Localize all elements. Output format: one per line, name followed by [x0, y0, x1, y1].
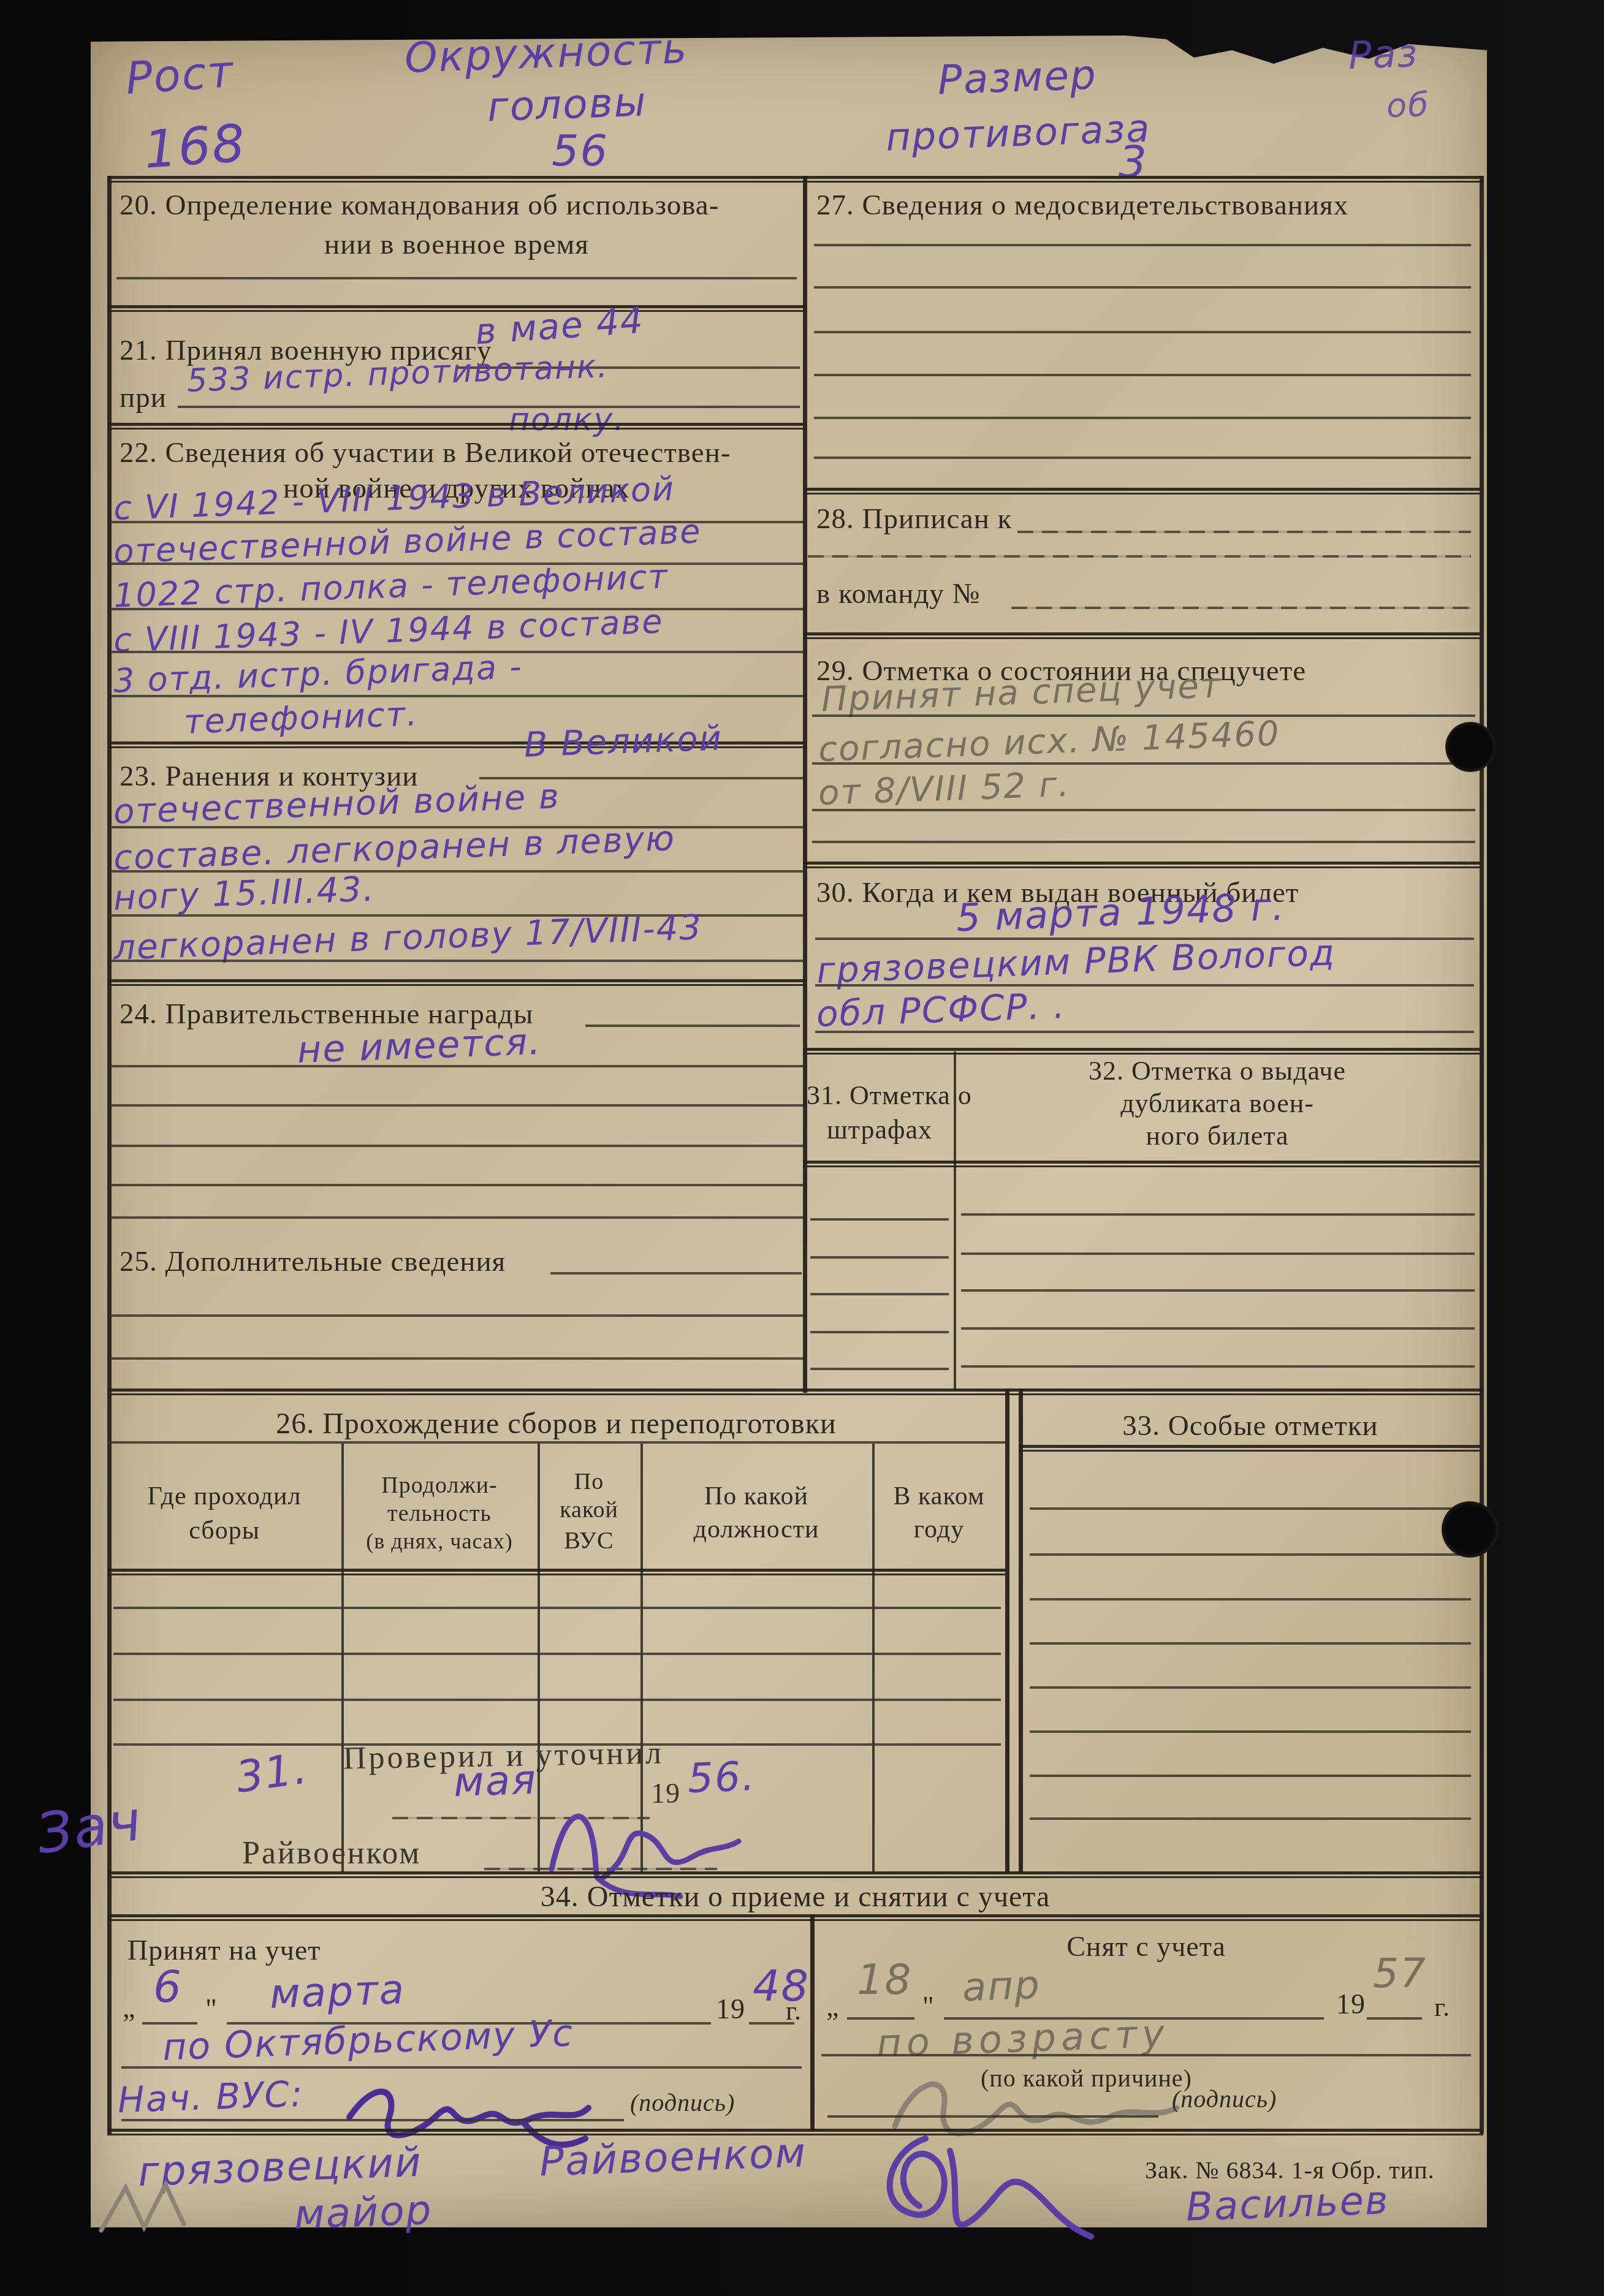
s34-right-quote-open: „ — [826, 1990, 839, 2023]
table26-col1-header-line2: сборы — [110, 1516, 338, 1545]
section25-rule2 — [110, 1357, 803, 1360]
s34-left-rule3 — [121, 2119, 624, 2121]
section20-rule — [116, 277, 797, 279]
table26-top-border — [107, 1389, 1483, 1395]
s34-left-vus-handwriting: Нач. ВУС: — [117, 2073, 305, 2121]
section24-rule3 — [110, 1145, 803, 1147]
section28-divider — [803, 632, 1480, 639]
section25-rule1 — [110, 1314, 803, 1317]
scanned-military-card-page: Рост 168 Окружность головы 56 Размер про… — [0, 0, 1604, 2296]
s3132-row2-left — [810, 1256, 949, 1259]
section29-rule4 — [812, 841, 1475, 843]
head-circumference-label-1: Окружность — [404, 25, 689, 83]
column-divider — [803, 176, 807, 1393]
section21-unit2-handwriting: полку. — [509, 401, 625, 438]
s34-right-year-rule — [1367, 2017, 1422, 2020]
section27-rule4 — [814, 374, 1471, 376]
section24-rule2 — [110, 1104, 803, 1107]
s34-left-year-prefix: 19 — [716, 1993, 745, 2025]
s34-right-day-handwriting: 18 — [857, 1956, 913, 2004]
s34-right-podpis-label: (подпись) — [1172, 2085, 1277, 2113]
section34-banner-top — [107, 1871, 1483, 1878]
section32-title-line1: 32. Отметка о выдаче — [960, 1055, 1475, 1086]
table26-col2-header-line2: тельность — [343, 1500, 536, 1527]
head-circumference-label-2: головы — [487, 78, 648, 131]
section24-rule1 — [110, 1065, 803, 1067]
form-top-border — [107, 176, 1483, 183]
section24-rule5 — [110, 1216, 803, 1219]
s34-right-year-suffix: г. — [1434, 1991, 1450, 2023]
section21-divider — [107, 423, 805, 430]
section27-rule3 — [814, 331, 1471, 333]
table26-col4-header-line1: По какой — [642, 1482, 870, 1511]
section21-pre-label: при — [120, 381, 167, 414]
section30-hw-line3: обл РСФСР. . — [816, 985, 1066, 1035]
s34-right-year-prefix: 19 — [1336, 1988, 1366, 2020]
section27-rule5 — [814, 417, 1471, 419]
section27-divider — [803, 488, 1480, 494]
s34-right-quote-close: " — [922, 1990, 935, 2023]
table26-title: 26. Прохождение сборов и переподготовки — [107, 1407, 1005, 1441]
torn-edge-word-2: об — [1386, 85, 1430, 125]
table26-col3-header-line2: какой — [539, 1496, 639, 1523]
section32-title-line2: дубликата воен- — [960, 1088, 1475, 1119]
section33-title-underline — [1019, 1445, 1480, 1452]
table26-row-rule2 — [113, 1653, 1001, 1655]
table26-title-underline — [107, 1441, 1005, 1444]
bottom-rank-handwriting: майор — [294, 2186, 433, 2238]
s3132-row4-left — [810, 1331, 949, 1333]
section22-title-line1: 22. Сведения об участии в Великой отечес… — [120, 436, 731, 469]
section20-divider — [107, 305, 805, 312]
s3132-row3-left — [810, 1293, 949, 1295]
bottom-commissar-handwriting: Райвоенком — [539, 2129, 808, 2185]
s34-right-month-handwriting: апр — [962, 1963, 1041, 2010]
section27-title: 27. Сведения о медосвидетельствованиях — [816, 189, 1348, 222]
section31-title-line1: 31. Отметка о — [807, 1080, 952, 1111]
section24-rule4 — [110, 1184, 803, 1186]
hole-punch-bottom — [1442, 1501, 1498, 1558]
section21-rule2 — [178, 406, 800, 408]
section33-rule2 — [1030, 1553, 1471, 1556]
section22-rule5 — [110, 695, 803, 697]
section28-rule2 — [808, 555, 1471, 558]
s3132-row3-right — [961, 1289, 1475, 1292]
section28-rule1 — [1017, 531, 1471, 533]
section29-rule2 — [812, 762, 1475, 765]
section33-rule5 — [1030, 1686, 1471, 1689]
section28-label1: 28. Приписан к — [816, 502, 1012, 536]
s3132-row4-right — [961, 1327, 1475, 1330]
section27-rule1 — [814, 244, 1471, 246]
table26-col2-header-line3: (в днях, часах) — [343, 1528, 536, 1554]
section24-rule0 — [585, 1025, 800, 1027]
section23-hw-first: В Великой — [523, 718, 723, 765]
stamp-month-handwriting: мая — [453, 1756, 538, 1806]
section33-rule7 — [1030, 1775, 1471, 1777]
s34-left-month-handwriting: марта — [269, 1966, 406, 2018]
section25-label: 25. Дополнительные сведения — [120, 1245, 506, 1278]
head-circumference-value: 56 — [552, 126, 609, 176]
section34-title: 34. Отметки о приеме и снятии с учета — [107, 1880, 1483, 1914]
height-label: Рост — [124, 45, 235, 104]
s3132-row5-right — [961, 1365, 1475, 1368]
table26-col5-header-line2: году — [874, 1515, 1004, 1544]
section30-rule3 — [815, 1031, 1474, 1033]
section33-rule1 — [1030, 1507, 1471, 1510]
bottom-print-code: Зак. № 6834. 1-я Обр. тип. — [1145, 2156, 1435, 2184]
table26-row-rule1 — [113, 1607, 1001, 1609]
section33-rule4 — [1030, 1642, 1471, 1645]
section25-rule0 — [550, 1272, 802, 1275]
section34-box-divider — [810, 1914, 815, 2131]
table26-header-underline — [107, 1569, 1005, 1575]
table26-col4-header-line2: должности — [642, 1515, 870, 1544]
section20-title-line2: нии в военное время — [120, 228, 794, 261]
torn-edge-word-1: Раз — [1348, 31, 1420, 78]
section29-rule3 — [812, 809, 1475, 811]
hole-punch-top — [1445, 722, 1496, 772]
s34-right-year-handwriting: 57 — [1373, 1950, 1427, 1997]
table26-row-rule3 — [113, 1699, 1001, 1701]
section23-rule4 — [110, 960, 803, 962]
section24-hw: не имеется. — [297, 1020, 542, 1072]
form-right-border — [1480, 176, 1484, 2134]
s34-left-year-suffix: г. — [786, 1995, 802, 2026]
table26-col2-header-line1: Продолжи- — [343, 1472, 536, 1499]
gasmask-size-label-2: противогаза — [885, 105, 1152, 159]
section32-title-line3: ного билета — [960, 1120, 1475, 1151]
section23-divider — [107, 979, 805, 986]
section29-divider — [803, 862, 1480, 868]
section33-title: 33. Особые отметки — [1021, 1409, 1480, 1442]
section31-title-line2: штрафах — [807, 1114, 952, 1145]
bottom-signature-handwriting: Васильев — [1185, 2178, 1390, 2230]
s3132-row1-left — [810, 1218, 949, 1221]
table26-right-border — [1005, 1389, 1009, 1873]
section28-label2: в команду № — [816, 577, 980, 610]
bottom-pencil-mark — [92, 2169, 227, 2249]
section23-rule2 — [110, 870, 803, 873]
table26-col1-header-line1: Где проходил — [110, 1482, 338, 1511]
s3132-row2-right — [961, 1252, 1475, 1255]
s3132-row1-right — [961, 1213, 1475, 1216]
s34-left-day-handwriting: 6 — [153, 1961, 183, 2012]
s34-left-quote-close: " — [205, 1993, 218, 2025]
section33-left-border — [1019, 1389, 1023, 1873]
table26-col3-header-line1: По — [539, 1468, 639, 1495]
table26-col3-header-line3: ВУС — [539, 1526, 639, 1555]
s34-right-day-rule — [847, 2017, 914, 2020]
section29-rule1 — [812, 714, 1475, 717]
section20-title-line1: 20. Определение командования об использо… — [120, 189, 719, 222]
section30-rule2 — [815, 984, 1474, 987]
s3132-row5-left — [810, 1368, 949, 1370]
stamp-commissar-label: Райвоенком — [242, 1835, 421, 1871]
section27-rule2 — [814, 286, 1471, 289]
section33-rule6 — [1030, 1730, 1471, 1733]
bottom-flourish-signature — [852, 2114, 1195, 2261]
gasmask-size-label-1: Размер — [937, 51, 1098, 104]
section34-banner-bottom — [107, 1914, 1483, 1921]
section28-rule3 — [1011, 607, 1471, 609]
section33-rule3 — [1030, 1598, 1471, 1601]
section31-32-header-underline — [803, 1161, 1480, 1167]
stamp-day-handwriting: 31. — [233, 1743, 311, 1803]
section30-divider — [803, 1048, 1480, 1055]
s34-left-day-rule — [142, 2022, 197, 2025]
table26-col5-header-line1: В каком — [874, 1482, 1004, 1511]
height-value: 168 — [142, 113, 248, 180]
section22-hw-line6: телефонист. — [183, 694, 419, 741]
s34-left-quote-open: „ — [123, 1991, 135, 2024]
section33-rule8 — [1030, 1817, 1471, 1820]
s34-right-rule2 — [821, 2054, 1471, 2056]
s34-left-podpis-label: (подпись) — [630, 2088, 735, 2117]
section27-rule6 — [814, 457, 1471, 459]
